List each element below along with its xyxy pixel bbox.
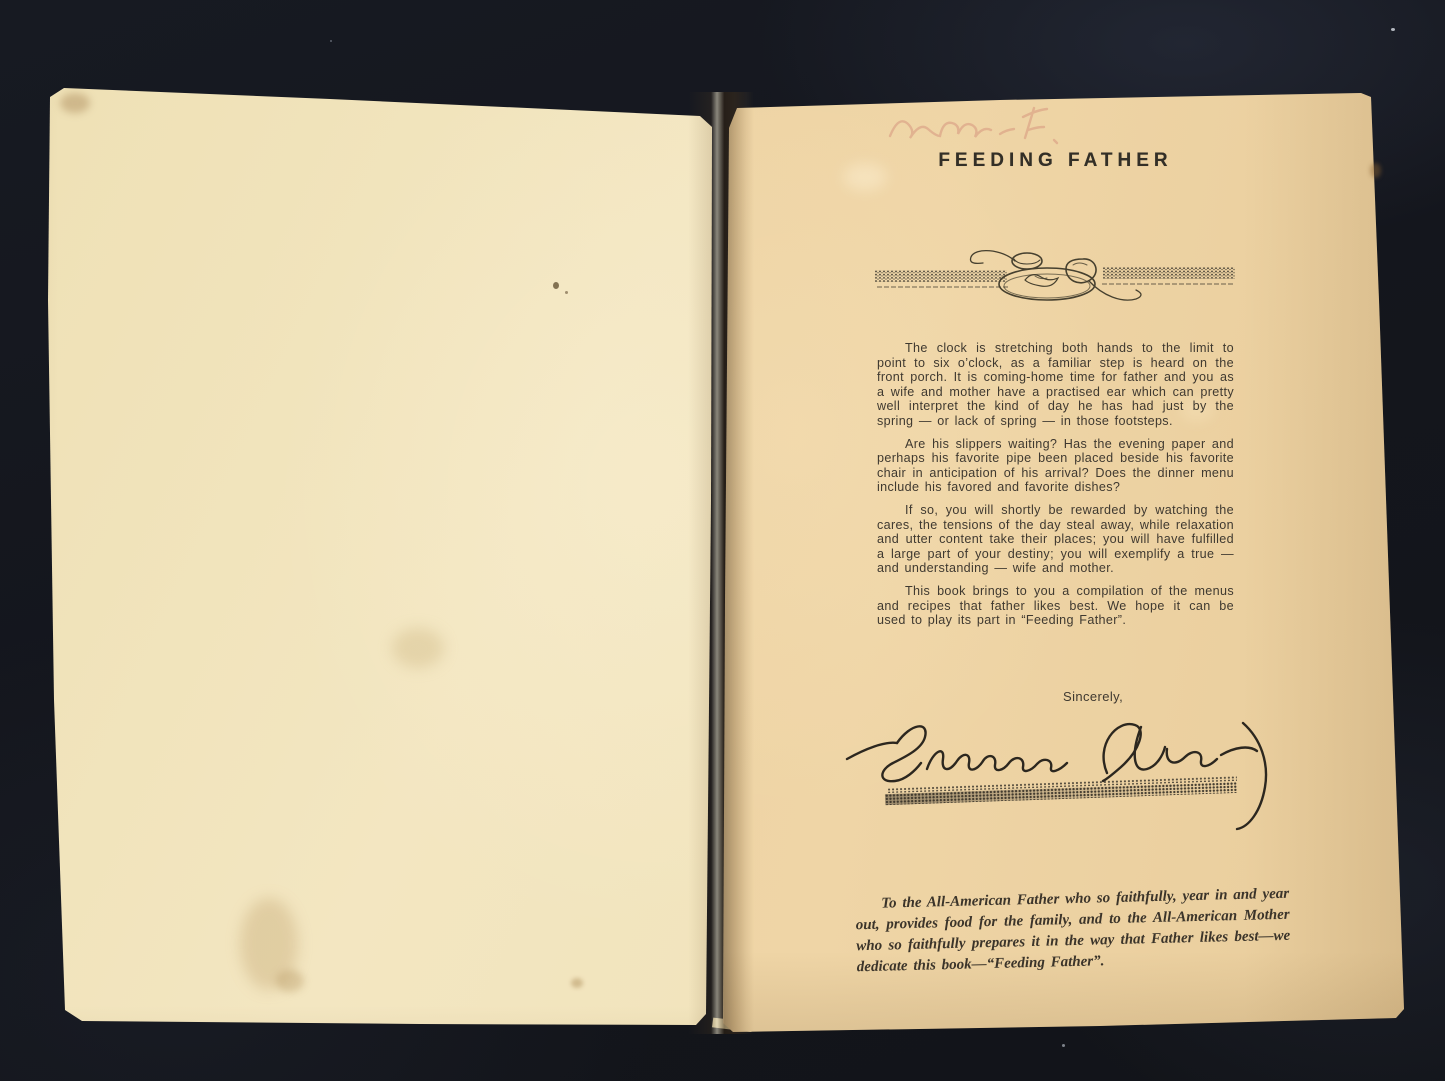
paragraph: Are his slippers waiting? Has the evenin… — [877, 437, 1234, 495]
faint-red-inscription — [882, 100, 1092, 152]
dust-speck — [1391, 28, 1395, 31]
paragraph: This book brings to you a compilation of… — [877, 584, 1234, 628]
body-text: The clock is stretching both hands to th… — [877, 341, 1234, 636]
closing-sincerely: Sincerely, — [877, 689, 1234, 704]
plate-and-cup-illustration — [875, 248, 1235, 314]
dedication-text: To the All-American Father who so faithf… — [855, 884, 1291, 979]
page-title: FEEDING FATHER — [877, 150, 1234, 172]
photo-of-open-book: FEEDING FATHER The clock is stretchin — [0, 0, 1445, 1081]
dedication-paragraph: To the All-American Father who so faithf… — [855, 884, 1291, 979]
stipple-band-right — [1103, 267, 1235, 279]
stipple-band-left — [875, 270, 1007, 282]
dust-speck — [330, 40, 332, 42]
paragraph: The clock is stretching both hands to th… — [877, 341, 1234, 429]
dust-speck — [1062, 1044, 1065, 1047]
signature-eleanor-howe — [845, 711, 1285, 836]
paragraph: If so, you will shortly be rewarded by w… — [877, 503, 1234, 576]
